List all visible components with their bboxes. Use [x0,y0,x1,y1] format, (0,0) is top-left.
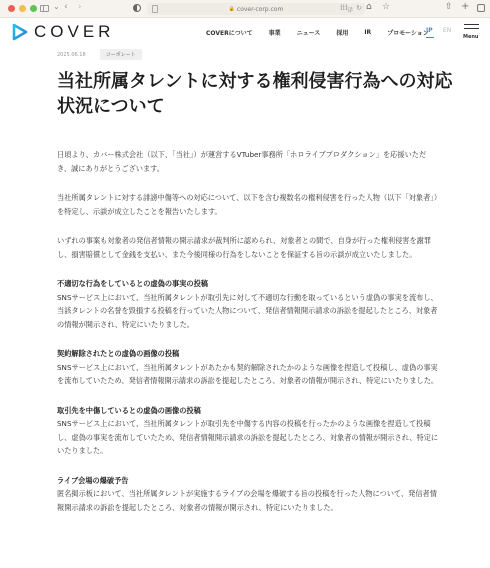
extensions-grid-icon[interactable]: ⁞⁞⁞ [340,3,348,12]
lock-icon: 🔒 [229,6,235,12]
share-icon[interactable]: ⇧ [445,2,453,12]
case-body: SNSサービス上において、当社所属タレントが取引先を中傷する内容の投稿を行ったか… [57,417,439,458]
report-paragraph: 当社所属タレントに対する誹謗中傷等への対応について、以下を含む複数名の権利侵害を… [57,191,439,218]
case-heading: 不適切な行為をしているとの虚偽の事実の投稿 [57,277,439,291]
publish-date: 2025.06.18 [57,52,86,58]
lang-en-link[interactable]: EN [443,27,451,34]
case-section: ライブ会場の爆破予告 匿名掲示板において、当社所属タレントが実施するライブの会場… [57,474,439,515]
reload-icon[interactable]: ↻ [356,4,362,12]
case-heading: 取引先を中傷しているとの虚偽の画像の投稿 [57,404,439,418]
main-nav: COVERについて 事業 ニュース 採用 IR プロモーション [206,28,429,37]
menu-label: Menu [463,34,479,40]
page-title: 当社所属タレントに対する権利侵害行為への対応状況について [57,69,457,119]
case-heading: ライブ会場の爆破予告 [57,474,439,488]
cover-logo[interactable]: COVER [12,22,114,42]
article-body: 日頃より、カバー株式会社（以下、「当社」）が運営するVTuber事務所「ホロライ… [57,148,439,530]
maximize-window-button[interactable] [30,5,37,12]
intro-paragraph: 日頃より、カバー株式会社（以下、「当社」）が運営するVTuber事務所「ホロライ… [57,148,439,175]
chevron-down-icon[interactable]: ⌄ [53,3,60,11]
category-badge[interactable]: コーポレート [100,49,142,60]
page-icon [152,5,158,13]
case-heading: 契約解除されたとの虚偽の画像の投稿 [57,347,439,361]
nav-item-business[interactable]: 事業 [269,28,281,37]
article-meta: 2025.06.18 コーポレート [57,49,142,60]
lang-jp-link[interactable]: JP [426,27,433,34]
close-window-button[interactable] [8,5,15,12]
tab-overview-icon[interactable] [477,4,485,12]
logo-play-icon [12,23,28,41]
translate-icon[interactable]: 译 [347,5,353,14]
case-body: 匿名掲示板において、当社所属タレントが実施するライブの会場を爆破する旨の投稿を行… [57,487,439,514]
sidebar-toggle-icon[interactable] [40,5,49,12]
case-section: 取引先を中傷しているとの虚偽の画像の投稿 SNSサービス上において、当社所属タレ… [57,404,439,458]
home-icon[interactable]: ⌂ [366,2,372,12]
hamburger-icon-line [464,28,479,29]
settlement-paragraph: いずれの事案も対象者の発信者情報の開示請求が裁判所に認められ、対象者との間で、自… [57,234,439,261]
logo-text: COVER [34,22,114,42]
minimize-window-button[interactable] [19,5,26,12]
bookmark-star-icon[interactable]: ☆ [382,2,390,12]
browser-toolbar: ⌄ ‹ › 🔒 cover-corp.com 译 ↻ ⁞⁞⁞ ⌂ ☆ ⇧ + [0,0,490,18]
forward-button[interactable]: › [78,3,82,12]
privacy-shield-icon[interactable] [133,4,141,12]
new-tab-icon[interactable]: + [461,1,469,12]
menu-button[interactable]: Menu [463,24,481,42]
nav-item-news[interactable]: ニュース [297,28,321,37]
nav-item-ir[interactable]: IR [364,29,371,36]
case-body: SNSサービス上において、当社所属タレントが取引先に対して不適切な行動を取ってい… [57,291,439,332]
address-bar[interactable]: 🔒 cover-corp.com 译 ↻ [147,3,365,15]
back-button[interactable]: ‹ [64,3,68,12]
case-section: 不適切な行為をしているとの虚偽の事実の投稿 SNSサービス上において、当社所属タ… [57,277,439,331]
case-section: 契約解除されたとの虚偽の画像の投稿 SNSサービス上において、当社所属タレントが… [57,347,439,388]
nav-item-about[interactable]: COVERについて [206,28,253,37]
hamburger-icon [464,24,479,25]
site-header: COVER COVERについて 事業 ニュース 採用 IR プロモーション JP… [0,19,490,45]
case-body: SNSサービス上において、当社所属タレントがあたかも契約解除されたかのような画像… [57,361,439,388]
nav-item-promotion[interactable]: プロモーション [387,28,429,37]
nav-item-recruit[interactable]: 採用 [336,28,348,37]
url-text: cover-corp.com [237,6,283,13]
window-controls [8,5,37,12]
